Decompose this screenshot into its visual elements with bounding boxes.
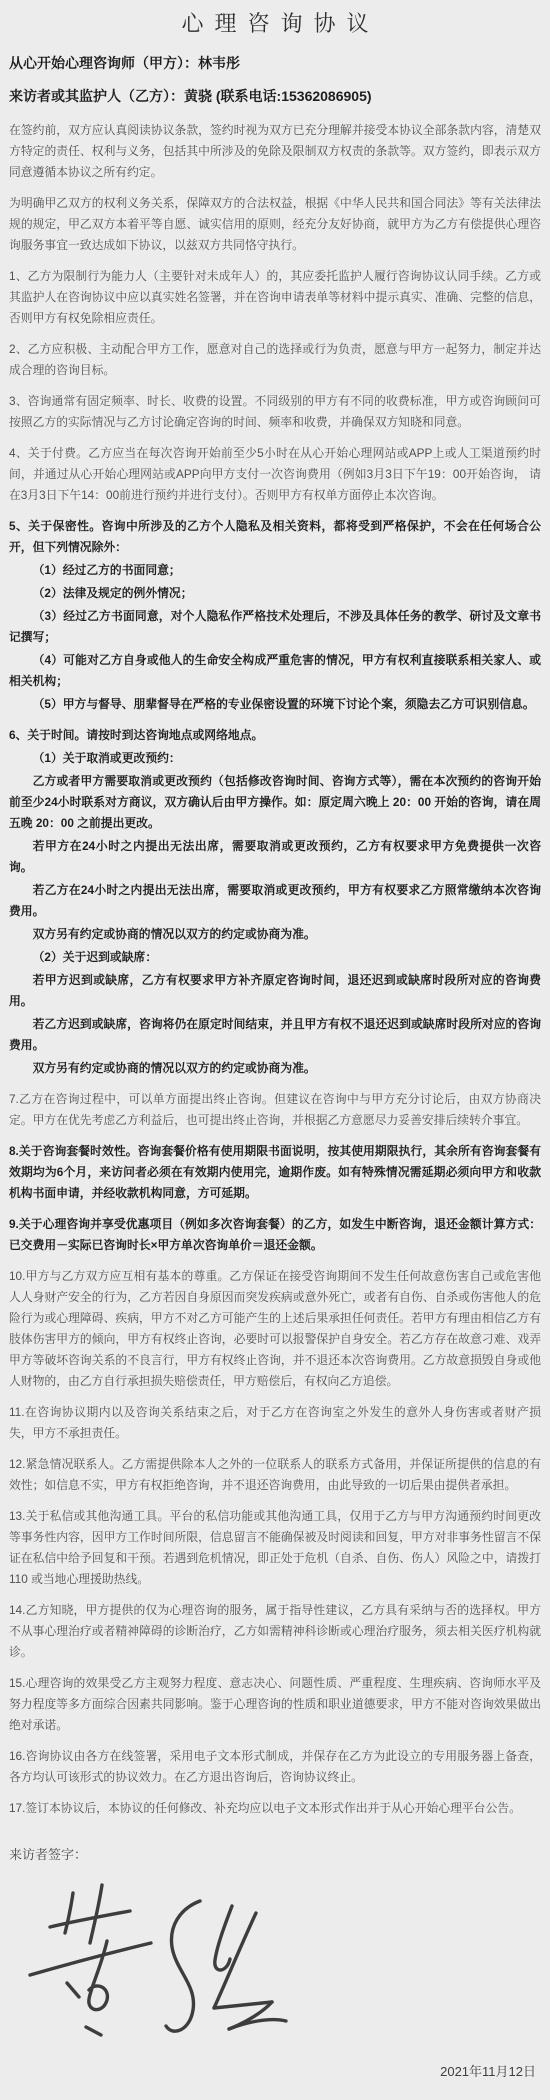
agreement-paragraph-15: 乙方或者甲方需要取消或更改预约（包括修改咨询时间、咨询方式等），需在本次预约的咨… bbox=[9, 771, 541, 834]
visitor-signature-handwriting bbox=[23, 1879, 303, 2051]
agreement-paragraph-31: 15.心理咨询的效果受乙方主观努力程度、意志决心、问题性质、严重程度、生理疾病、… bbox=[9, 1673, 541, 1736]
agreement-paragraph-1: 在签约前，双方应认真阅读协议条款，签约时视为双方已充分理解并接受本协议全部条款内… bbox=[9, 120, 541, 183]
visitor-signature-label: 来访者签字： bbox=[9, 1845, 541, 1865]
agreement-paragraph-18: 双方另有约定或协商的情况以双方的约定或协商为准。 bbox=[9, 924, 541, 945]
agreement-paragraph-17: 若乙方在24小时之内提出无法出席，需要取消或更改预约，甲方有权要求乙方照常缴纳本… bbox=[9, 880, 541, 922]
agreement-paragraph-6: 4、关于付费。乙方应当在每次咨询开始前至少5小时在从心开始心理网站或APP上或人… bbox=[9, 443, 541, 506]
agreement-paragraph-2: 为明确甲乙双方的权利义务关系，保障双方的合法权益，根据《中华人民共和国合同法》等… bbox=[9, 193, 541, 256]
agreement-paragraph-7: 5、关于保密性。咨询中所涉及的乙方个人隐私及相关资料，都将受到严格保护，不会在任… bbox=[9, 516, 541, 558]
agreement-paragraph-8: （1）经过乙方的书面同意； bbox=[9, 560, 541, 581]
agreement-paragraph-19: （2）关于迟到或缺席： bbox=[9, 947, 541, 968]
agreement-paragraph-26: 10.甲方与乙方双方应互相有基本的尊重。乙方保证在接受咨询期间不发生任何故意伤害… bbox=[9, 1266, 541, 1392]
agreement-paragraph-32: 16.咨询协议由各方在线签署，采用电子文本形式制成，并保存在乙方为此设立的专用服… bbox=[9, 1746, 541, 1788]
agreement-paragraph-12: （5）甲方与督导、朋辈督导在严格的专业保密设置的环境下讨论个案，须隐去乙方可识别… bbox=[9, 694, 541, 715]
party-b-line: 来访者或其监护人（乙方）：黄骁 (联系电话:15362086905) bbox=[9, 87, 541, 105]
agreement-paragraph-10: （3）经过乙方书面同意，对个人隐私作严格技术处理后，不涉及具体任务的教学、研讨及… bbox=[9, 606, 541, 648]
agreement-paragraph-30: 14.乙方知晓，甲方提供的仅为心理咨询的服务，属于指导性建议，乙方具有采纳与否的… bbox=[9, 1600, 541, 1663]
agreement-paragraph-22: 双方另有约定或协商的情况以双方的约定或协商为准。 bbox=[9, 1058, 541, 1079]
agreement-paragraph-29: 13.关于私信或其他沟通工具。平台的私信功能或其他沟通工具，仅用于乙方与甲方沟通… bbox=[9, 1506, 541, 1590]
agreement-paragraph-23: 7.乙方在咨询过程中，可以单方面提出终止咨询。但建议在咨询中与甲方充分讨论后，由… bbox=[9, 1089, 541, 1131]
agreement-document: 心理咨询协议 从心开始心理咨询师（甲方）：林韦彤 来访者或其监护人（乙方）：黄骁… bbox=[0, 10, 550, 2081]
agreement-paragraph-25: 9.关于心理咨询并享受优惠项目（例如多次咨询套餐）的乙方，如发生中断咨询，退还金… bbox=[9, 1214, 541, 1256]
agreement-paragraph-20: 若甲方迟到或缺席，乙方有权要求甲方补齐原定咨询时间，退还迟到或缺席时段所对应的咨… bbox=[9, 970, 541, 1012]
signature-date: 2021年11月12日 bbox=[9, 2063, 541, 2081]
agreement-body: 在签约前，双方应认真阅读协议条款，签约时视为双方已充分理解并接受本协议全部条款内… bbox=[9, 120, 541, 1819]
visitor-signature-area bbox=[23, 1879, 541, 2051]
agreement-paragraph-27: 11.在咨询协议期内以及咨询关系结束之后，对于乙方在咨询室之外发生的意外人身伤害… bbox=[9, 1402, 541, 1444]
agreement-paragraph-4: 2、乙方应积极、主动配合甲方工作，愿意对自己的选择或行为负责，愿意与甲方一起努力… bbox=[9, 339, 541, 381]
agreement-paragraph-3: 1、乙方为限制行为能力人（主要针对未成年人）的，其应委托监护人履行咨询协议认同手… bbox=[9, 266, 541, 329]
agreement-paragraph-28: 12.紧急情况联系人。乙方需提供除本人之外的一位联系人的联系方式备用，并保证所提… bbox=[9, 1454, 541, 1496]
agreement-paragraph-24: 8.关于咨询套餐时效性。咨询套餐价格有使用期限书面说明，按其使用期限执行，其余所… bbox=[9, 1141, 541, 1204]
agreement-paragraph-33: 17.签订本协议后，本协议的任何修改、补充均应以电子文本形式作出并于从心开始心理… bbox=[9, 1798, 541, 1819]
agreement-paragraph-16: 若甲方在24小时之内提出无法出席，需要取消或更改预约，乙方有权要求甲方免费提供一… bbox=[9, 836, 541, 878]
agreement-paragraph-21: 若乙方迟到或缺席，咨询将仍在原定时间结束，并且甲方有权不退还迟到或缺席时段所对应… bbox=[9, 1014, 541, 1056]
agreement-paragraph-13: 6、关于时间。请按时到达咨询地点或网络地点。 bbox=[9, 725, 541, 746]
agreement-paragraph-9: （2）法律及规定的例外情况； bbox=[9, 583, 541, 604]
agreement-paragraph-11: （4）可能对乙方自身或他人的生命安全构成严重危害的情况，甲方有权利直接联系相关家… bbox=[9, 650, 541, 692]
agreement-paragraph-5: 3、咨询通常有固定频率、时长、收费的设置。不同级别的甲方有不同的收费标准，甲方或… bbox=[9, 391, 541, 433]
party-a-line: 从心开始心理咨询师（甲方）：林韦彤 bbox=[9, 54, 541, 72]
agreement-paragraph-14: （1）关于取消或更改预约： bbox=[9, 748, 541, 769]
page-title: 心理咨询协议 bbox=[9, 10, 541, 38]
